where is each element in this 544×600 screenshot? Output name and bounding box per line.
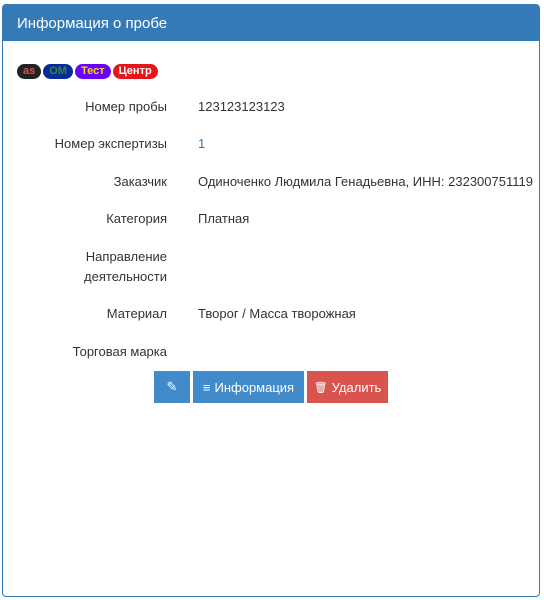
- delete-button-label: Удалить: [332, 380, 382, 395]
- field-value: Творог / Масса творожная: [198, 304, 356, 324]
- badge-as: as: [17, 64, 41, 79]
- edit-button[interactable]: ✎: [154, 371, 190, 403]
- field-value: 123123123123: [198, 97, 285, 117]
- action-buttons: ✎ ≡ Информация 🗑 Удалить: [154, 371, 388, 403]
- pencil-icon: ✎: [167, 379, 178, 395]
- field-label: Категория: [106, 209, 167, 229]
- field-label: Номер пробы: [85, 97, 167, 117]
- sample-info-panel: Информация о пробе as OM Тест Центр Номе…: [2, 4, 540, 597]
- field-value: Платная: [198, 209, 249, 229]
- field-label: Материал: [107, 304, 167, 324]
- badge-center: Центр: [113, 64, 158, 79]
- expertise-link[interactable]: 1: [198, 134, 205, 154]
- info-button-label: Информация: [215, 380, 295, 395]
- tag-badges: as OM Тест Центр: [17, 64, 158, 79]
- badge-test: Тест: [75, 64, 111, 79]
- panel-title: Информация о пробе: [3, 5, 539, 41]
- field-label: Номер экспертизы: [55, 134, 167, 154]
- field-value: Одиноченко Людмила Генадьевна, ИНН: 2323…: [198, 172, 533, 192]
- badge-om: OM: [43, 64, 73, 79]
- field-label: Торговая марка: [73, 342, 167, 362]
- field-label-line2: деятельности: [84, 267, 167, 287]
- field-label: Заказчик: [114, 172, 167, 192]
- trash-icon: 🗑: [314, 381, 328, 394]
- info-button[interactable]: ≡ Информация: [193, 371, 304, 403]
- list-icon: ≡: [203, 380, 211, 395]
- delete-button[interactable]: 🗑 Удалить: [307, 371, 388, 403]
- field-label-line1: Направление: [86, 247, 167, 267]
